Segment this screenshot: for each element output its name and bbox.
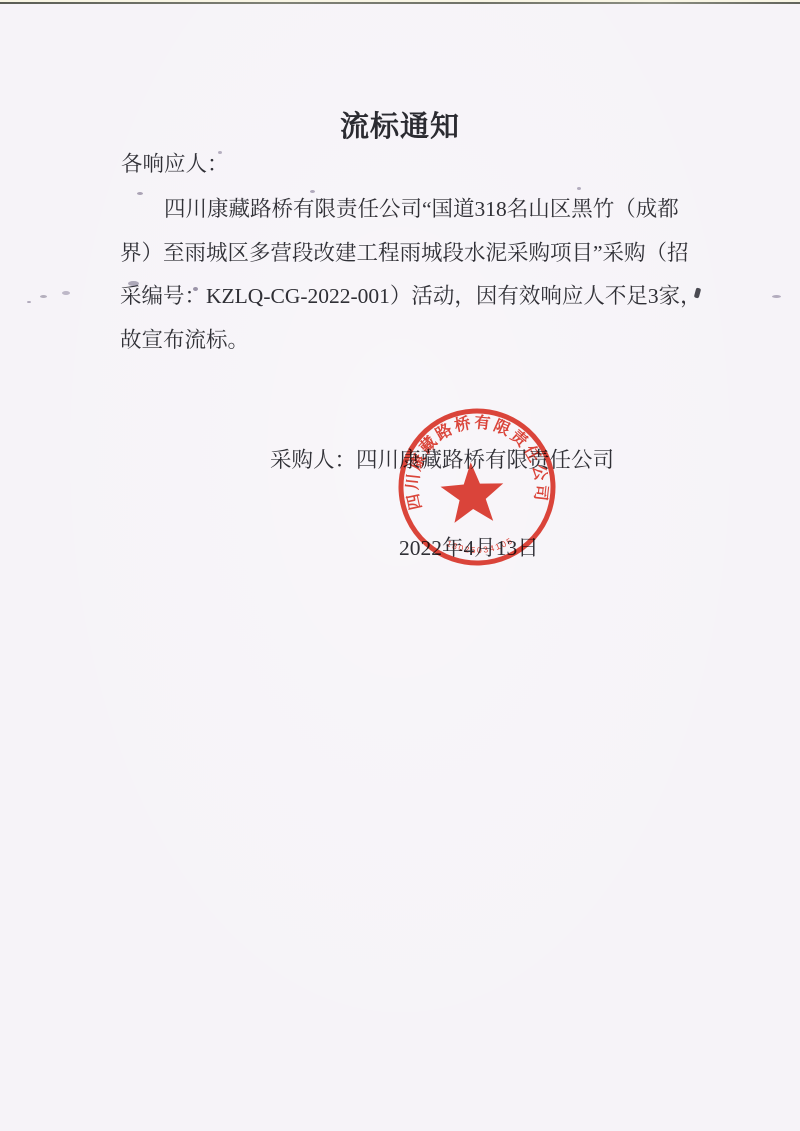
seal-serial-number: 18025034105 [444, 535, 515, 557]
body-line-4: 故宣布流标。 [120, 319, 720, 363]
salutation-line: 各响应人： [121, 152, 229, 178]
scan-speck [218, 151, 222, 154]
company-seal-graphic: 四川康藏路桥有限责任公司 18025034105 [392, 402, 562, 572]
scanned-document-page: 流标通知 各响应人： 四川康藏路桥有限责任公司“国道318名山区黑竹（成都 界）… [0, 0, 800, 1131]
body-paragraph: 四川康藏路桥有限责任公司“国道318名山区黑竹（成都 界）至雨城区多营段改建工程… [120, 188, 720, 362]
document-title: 流标通知 [0, 104, 800, 145]
scan-speck [193, 287, 198, 291]
scan-speck [772, 295, 781, 298]
scan-speck [310, 190, 315, 193]
scan-speck [577, 187, 581, 190]
scan-speck [137, 192, 143, 195]
scan-speck [128, 281, 139, 286]
scan-speck [40, 295, 47, 298]
company-seal: 四川康藏路桥有限责任公司 18025034105 [392, 402, 562, 572]
seal-star-icon [439, 461, 505, 524]
body-line-2: 界）至雨城区多营段改建工程雨城段水泥采购项目”采购（招 [120, 232, 720, 276]
body-line-3: 采编号：KZLQ-CG-2022-001）活动，因有效响应人不足3家， [120, 275, 720, 319]
body-line-1: 四川康藏路桥有限责任公司“国道318名山区黑竹（成都 [120, 188, 720, 232]
scan-top-edge-line [0, 2, 800, 4]
scan-speck [27, 301, 31, 303]
scan-speck [62, 291, 70, 295]
